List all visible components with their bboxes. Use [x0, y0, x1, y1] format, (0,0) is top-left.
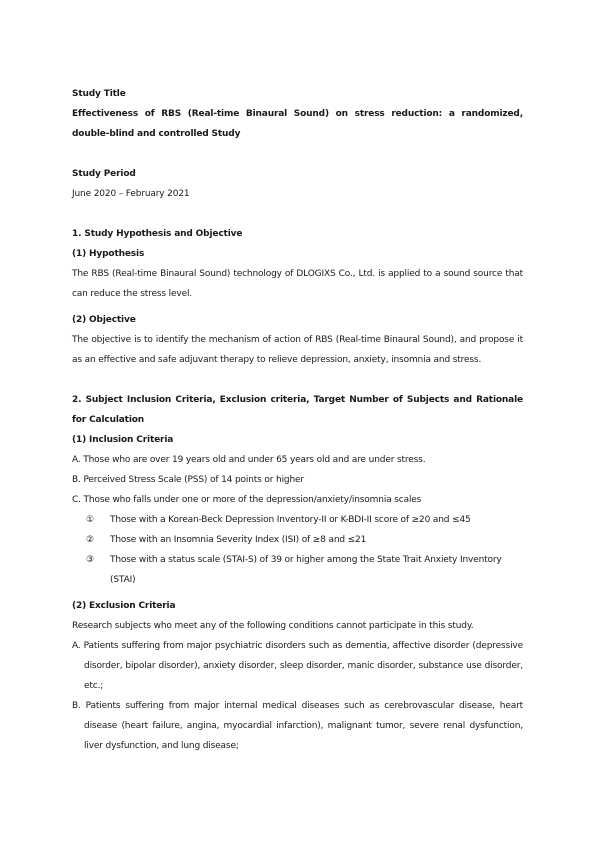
inclusion-sub-item: ② Those with an Insomnia Severity Index …	[72, 530, 523, 550]
study-title-heading: Study Title	[72, 84, 523, 104]
section2-heading: 2. Subject Inclusion Criteria, Exclusion…	[72, 390, 523, 430]
exclusion-intro: Research subjects who meet any of the fo…	[72, 616, 523, 636]
sub-item-text: Those with a Korean-Beck Depression Inve…	[110, 510, 523, 530]
section1-heading: 1. Study Hypothesis and Objective	[72, 224, 523, 244]
study-period-text: June 2020 – February 2021	[72, 184, 523, 204]
sub-item-text: Those with a status scale (STAI-S) of 39…	[110, 550, 523, 590]
exclusion-item-b: B. Patients suffering from major interna…	[72, 696, 523, 756]
circled-number-1: ①	[86, 510, 110, 530]
exclusion-heading: (2) Exclusion Criteria	[72, 596, 523, 616]
sub-item-text: Those with an Insomnia Severity Index (I…	[110, 530, 523, 550]
hypothesis-text: The RBS (Real-time Binaural Sound) techn…	[72, 264, 523, 304]
objective-text: The objective is to identify the mechani…	[72, 330, 523, 370]
study-title-text: Effectiveness of RBS (Real-time Binaural…	[72, 104, 523, 144]
inclusion-item-c: C. Those who falls under one or more of …	[72, 490, 523, 510]
objective-heading: (2) Objective	[72, 310, 523, 330]
inclusion-item-a: A. Those who are over 19 years old and u…	[72, 450, 523, 470]
exclusion-item-a: A. Patients suffering from major psychia…	[72, 636, 523, 696]
inclusion-item-b: B. Perceived Stress Scale (PSS) of 14 po…	[72, 470, 523, 490]
inclusion-sub-item: ③ Those with a status scale (STAI-S) of …	[72, 550, 523, 590]
inclusion-heading: (1) Inclusion Criteria	[72, 430, 523, 450]
document-page: Study Title Effectiveness of RBS (Real-t…	[72, 84, 523, 756]
circled-number-3: ③	[86, 550, 110, 590]
study-period-heading: Study Period	[72, 164, 523, 184]
inclusion-sub-item: ① Those with a Korean-Beck Depression In…	[72, 510, 523, 530]
hypothesis-heading: (1) Hypothesis	[72, 244, 523, 264]
circled-number-2: ②	[86, 530, 110, 550]
